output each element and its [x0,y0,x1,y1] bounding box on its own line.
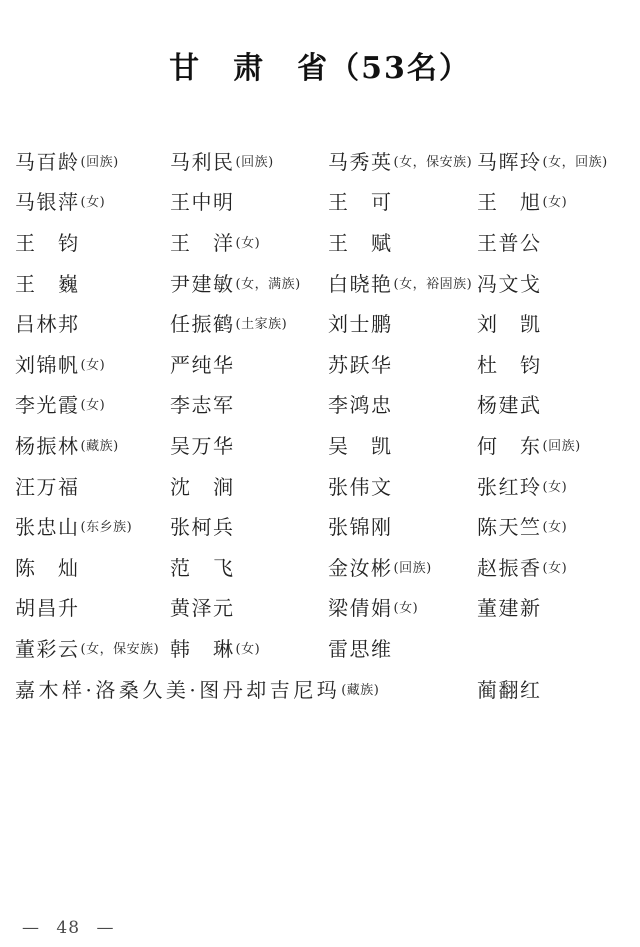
person-name: 黄泽元 [170,592,235,621]
person-note: (女) [542,516,568,535]
roster-entry: 赵振香(女) [477,546,625,587]
document-page: 甘 肃 省（53名） 马百龄(回族)马利民(回族)马秀英(女，保安族)马晖玲(女… [0,0,640,947]
roster-entry: 梁倩娟(女) [328,587,477,628]
person-name: 杨建武 [477,389,542,418]
person-name: 严纯华 [170,349,235,378]
person-note: (土家族) [235,313,288,332]
person-name: 吕林邦 [15,308,80,337]
person-name: 陈天竺 [477,511,542,540]
roster-entry: 王 巍 [15,262,170,303]
person-note: (回族) [393,557,432,576]
person-name: 胡昌升 [15,592,80,621]
roster-entry: 苏跃华 [328,343,477,384]
person-name: 李鸿忠 [328,389,393,418]
roster-entry: 张柯兵 [170,505,328,546]
person-note: (女，保安族) [393,151,473,170]
roster-entry: 何 东(回族) [477,424,625,465]
person-name: 嘉木样·洛桑久美·图丹却吉尼玛 [15,674,340,703]
person-name: 张锦刚 [328,511,393,540]
person-name: 冯文戈 [477,268,542,297]
roster-entry: 吴 凯 [328,424,477,465]
person-note: (女) [542,476,568,495]
roster-entry: 黄泽元 [170,587,328,628]
roster-entry: 马银萍(女) [15,181,170,222]
roster-entry: 陈天竺(女) [477,505,625,546]
page-title: 甘 肃 省（53名） [0,0,640,86]
person-name: 吴 凯 [328,430,393,459]
roster-entry: 李志军 [170,384,328,425]
roster-entry: 吕林邦 [15,302,170,343]
roster-entry: 陈 灿 [15,546,170,587]
person-name: 刘士鹏 [328,308,393,337]
person-name: 马银萍 [15,186,80,215]
person-name: 王中明 [170,186,235,215]
person-name: 张忠山 [15,511,80,540]
roster-entry: 张红玲(女) [477,465,625,506]
roster-entry: 王 钧 [15,221,170,262]
roster-entry: 严纯华 [170,343,328,384]
person-note: (女) [80,394,106,413]
person-name: 苏跃华 [328,349,393,378]
roster-entry: 马百龄(回族) [15,140,170,181]
roster-entry: 李鸿忠 [328,384,477,425]
roster-entry: 王 旭(女) [477,181,625,222]
roster-entry: 嘉木样·洛桑久美·图丹却吉尼玛(藏族) [15,668,477,709]
page-number: — 48 — [22,918,114,938]
name-roster: 马百龄(回族)马利民(回族)马秀英(女，保安族)马晖玲(女，回族)马银萍(女)王… [15,140,625,708]
roster-entry: 王 赋 [328,221,477,262]
person-name: 王 赋 [328,227,393,256]
roster-entry: 金汝彬(回族) [328,546,477,587]
roster-entry: 张伟文 [328,465,477,506]
person-name: 王 洋 [170,227,235,256]
person-name: 马利民 [170,146,235,175]
roster-entry: 张锦刚 [328,505,477,546]
person-name: 马秀英 [328,146,393,175]
person-name: 白晓艳 [328,268,393,297]
person-name: 蔺翻红 [477,674,542,703]
person-name: 王 钧 [15,227,80,256]
person-note: (女) [542,557,568,576]
person-name: 张柯兵 [170,511,235,540]
person-note: (女，保安族) [80,638,160,657]
roster-entry: 蔺翻红 [477,668,625,709]
person-note: (女) [393,597,419,616]
person-name: 吴万华 [170,430,235,459]
roster-entry: 胡昌升 [15,587,170,628]
roster-entry: 李光霞(女) [15,384,170,425]
roster-entry: 任振鹤(土家族) [170,302,328,343]
roster-entry: 马晖玲(女，回族) [477,140,625,181]
person-name: 范 飞 [170,552,235,581]
roster-entry: 沈 涧 [170,465,328,506]
person-note: (女，回族) [542,151,608,170]
roster-entry: 董彩云(女，保安族) [15,627,170,668]
person-name: 任振鹤 [170,308,235,337]
person-note: (东乡族) [80,516,133,535]
roster-entry: 刘锦帆(女) [15,343,170,384]
person-note: (女) [80,354,106,373]
person-name: 张伟文 [328,471,393,500]
person-name: 刘锦帆 [15,349,80,378]
person-name: 韩 琳 [170,633,235,662]
person-note: (藏族) [340,679,379,698]
person-name: 王 旭 [477,186,542,215]
person-name: 王普公 [477,227,542,256]
person-name: 雷思维 [328,633,393,662]
roster-entry: 范 飞 [170,546,328,587]
roster-entry: 王中明 [170,181,328,222]
roster-entry: 王 可 [328,181,477,222]
person-note: (女，满族) [235,273,301,292]
person-name: 李志军 [170,389,235,418]
roster-entry: 马秀英(女，保安族) [328,140,477,181]
person-name: 何 东 [477,430,542,459]
person-name: 刘 凯 [477,308,542,337]
person-note: (女) [235,232,261,251]
roster-entry: 汪万福 [15,465,170,506]
roster-entry: 韩 琳(女) [170,627,328,668]
person-name: 沈 涧 [170,471,235,500]
person-name: 金汝彬 [328,552,393,581]
person-name: 汪万福 [15,471,80,500]
roster-entry: 杨建武 [477,384,625,425]
person-name: 张红玲 [477,471,542,500]
person-name: 杨振林 [15,430,80,459]
person-note: (藏族) [80,435,119,454]
page-footer: — 48 — [22,918,114,938]
roster-entry: 刘 凯 [477,302,625,343]
roster-entry: 马利民(回族) [170,140,328,181]
person-note: (女，裕固族) [393,273,473,292]
person-name: 王 巍 [15,268,80,297]
person-name: 梁倩娟 [328,592,393,621]
roster-entry: 吴万华 [170,424,328,465]
roster-entry: 王 洋(女) [170,221,328,262]
roster-entry: 张忠山(东乡族) [15,505,170,546]
roster-entry: 冯文戈 [477,262,625,303]
person-name: 马百龄 [15,146,80,175]
person-name: 王 可 [328,186,393,215]
person-note: (女) [80,191,106,210]
person-name: 李光霞 [15,389,80,418]
roster-entry: 杜 钧 [477,343,625,384]
person-note: (回族) [80,151,119,170]
person-name: 尹建敏 [170,268,235,297]
roster-entry: 董建新 [477,587,625,628]
roster-entry: 刘士鹏 [328,302,477,343]
person-name: 马晖玲 [477,146,542,175]
roster-entry: 白晓艳(女，裕固族) [328,262,477,303]
person-note: (女) [235,638,261,657]
roster-entry: 王普公 [477,221,625,262]
person-note: (回族) [542,435,581,454]
roster-entry: 杨振林(藏族) [15,424,170,465]
person-name: 陈 灿 [15,552,80,581]
roster-entry: 尹建敏(女，满族) [170,262,328,303]
person-name: 董彩云 [15,633,80,662]
person-name: 杜 钧 [477,349,542,378]
person-name: 赵振香 [477,552,542,581]
person-note: (女) [542,191,568,210]
roster-entry: 雷思维 [328,627,477,668]
person-note: (回族) [235,151,274,170]
person-name: 董建新 [477,592,542,621]
